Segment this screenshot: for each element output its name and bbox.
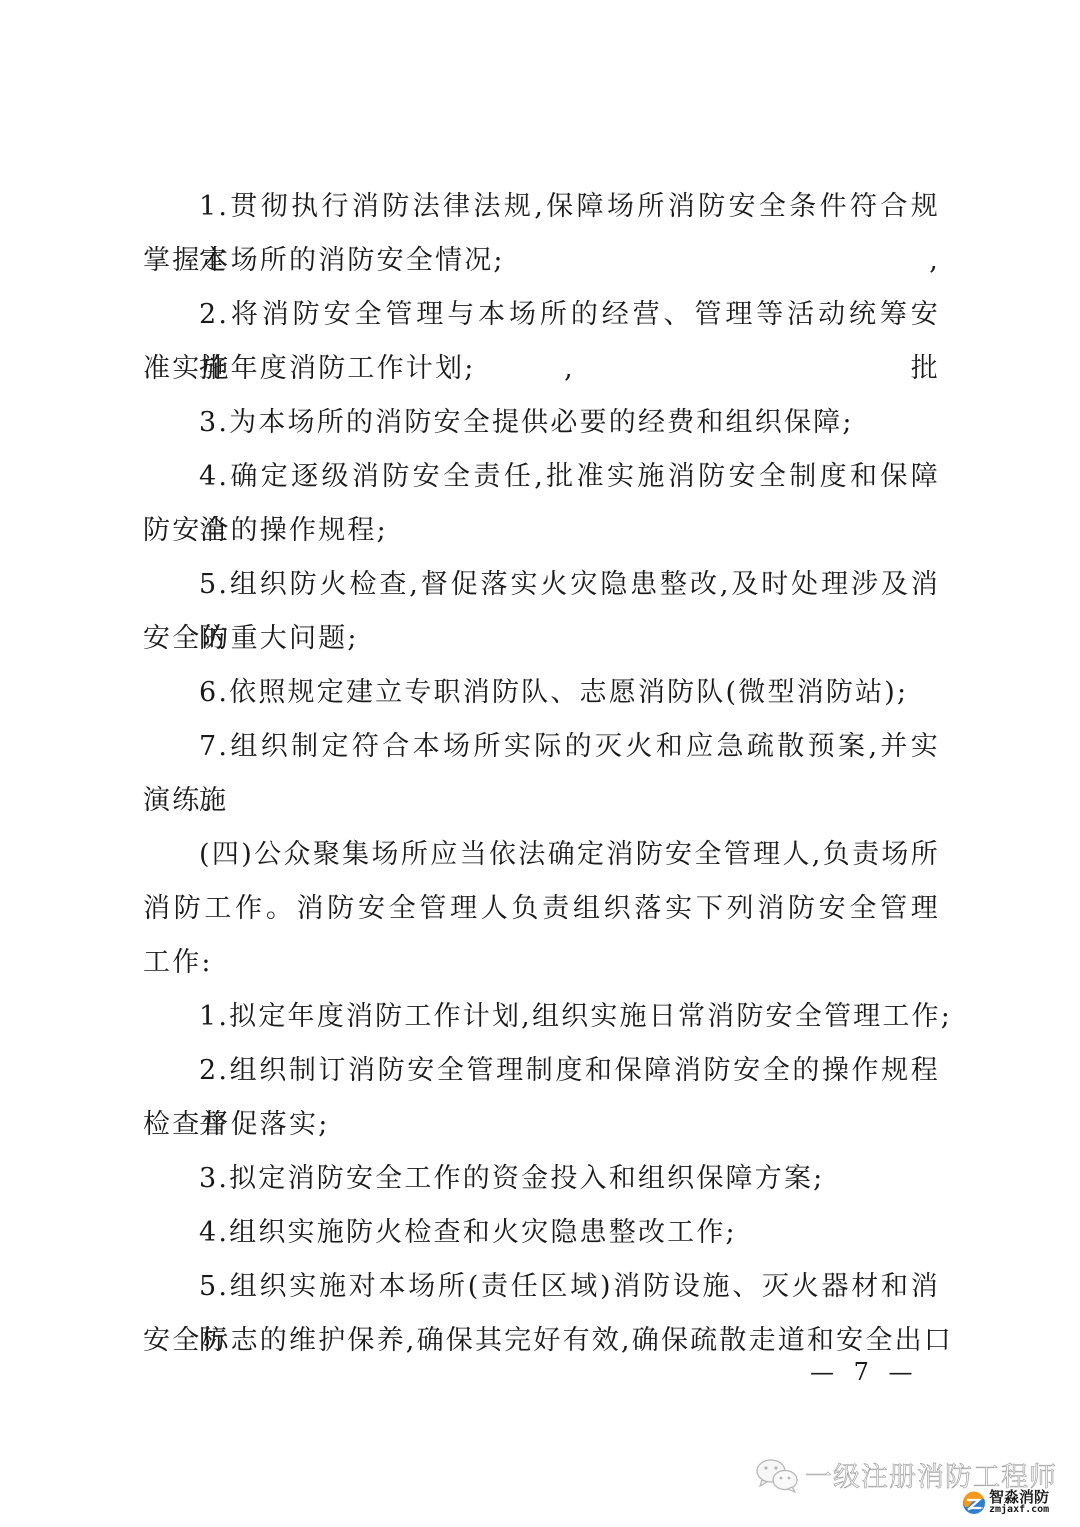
paragraph-leader-item-7: 7.组织制定符合本场所实际的灭火和应急疏散预案,并实施演练。: [143, 720, 940, 828]
wechat-icon: [755, 1457, 799, 1493]
paragraph-leader-item-4: 4.确定逐级消防安全责任,批准实施消防安全制度和保障消防安全的操作规程;: [143, 450, 940, 558]
paragraph-line: 7.组织制定符合本场所实际的灭火和应急疏散预案,并实施: [143, 720, 940, 774]
paragraph-manager-item-4: 4.组织实施防火检查和火灾隐患整改工作;: [143, 1206, 940, 1260]
paragraph-line: 消防工作。消防安全管理人负责组织落实下列消防安全管理: [143, 882, 940, 936]
paragraph-line: 演练。: [143, 774, 940, 828]
paragraph-manager-item-3: 3.拟定消防安全工作的资金投入和组织保障方案;: [143, 1152, 940, 1206]
document-page: 1.贯彻执行消防法律法规,保障场所消防安全条件符合规定,掌握本场所的消防安全情况…: [0, 0, 1080, 1527]
zmjaxf-logo-icon: [962, 1491, 986, 1515]
paragraph-manager-item-2: 2.组织制订消防安全管理制度和保障消防安全的操作规程并检查督促落实;: [143, 1044, 940, 1152]
logo-name: 智淼消防: [989, 1490, 1049, 1505]
paragraph-leader-item-6: 6.依照规定建立专职消防队、志愿消防队(微型消防站);: [143, 666, 940, 720]
paragraph-manager-item-5: 5.组织实施对本场所(责任区域)消防设施、灭火器材和消防安全标志的维护保养,确保…: [143, 1260, 940, 1368]
paragraph-line: (四)公众聚集场所应当依法确定消防安全管理人,负责场所: [143, 828, 940, 882]
paragraph-section-4-intro: (四)公众聚集场所应当依法确定消防安全管理人,负责场所消防工作。消防安全管理人负…: [143, 828, 940, 990]
paragraph-manager-item-1: 1.拟定年度消防工作计划,组织实施日常消防安全管理工作;: [143, 990, 940, 1044]
paragraph-line: 6.依照规定建立专职消防队、志愿消防队(微型消防站);: [143, 666, 940, 720]
document-body: 1.贯彻执行消防法律法规,保障场所消防安全条件符合规定,掌握本场所的消防安全情况…: [143, 180, 940, 1368]
paragraph-line: 3.拟定消防安全工作的资金投入和组织保障方案;: [143, 1152, 940, 1206]
zmjaxf-logo[interactable]: 智淼消防 zmjaxf.com: [962, 1490, 1049, 1515]
paragraph-leader-item-3: 3.为本场所的消防安全提供必要的经费和组织保障;: [143, 396, 940, 450]
paragraph-line: 5.组织实施对本场所(责任区域)消防设施、灭火器材和消防: [143, 1260, 940, 1314]
paragraph-leader-item-5: 5.组织防火检查,督促落实火灾隐患整改,及时处理涉及消防安全的重大问题;: [143, 558, 940, 666]
paragraph-line: 5.组织防火检查,督促落实火灾隐患整改,及时处理涉及消防: [143, 558, 940, 612]
paragraph-line: 4.确定逐级消防安全责任,批准实施消防安全制度和保障消: [143, 450, 940, 504]
logo-url: zmjaxf.com: [989, 1505, 1049, 1515]
paragraph-line: 安全的重大问题;: [143, 612, 940, 666]
page-number: — 7 —: [810, 1358, 919, 1386]
paragraph-line: 2.将消防安全管理与本场所的经营、管理等活动统筹安排,批: [143, 288, 940, 342]
paragraph-line: 1.贯彻执行消防法律法规,保障场所消防安全条件符合规定,: [143, 180, 940, 234]
paragraph-line: 防安全的操作规程;: [143, 504, 940, 558]
paragraph-line: 检查督促落实;: [143, 1098, 940, 1152]
paragraph-line: 2.组织制订消防安全管理制度和保障消防安全的操作规程并: [143, 1044, 940, 1098]
paragraph-line: 3.为本场所的消防安全提供必要的经费和组织保障;: [143, 396, 940, 450]
paragraph-leader-item-1: 1.贯彻执行消防法律法规,保障场所消防安全条件符合规定,掌握本场所的消防安全情况…: [143, 180, 940, 288]
paragraph-line: 4.组织实施防火检查和火灾隐患整改工作;: [143, 1206, 940, 1260]
paragraph-line: 工作:: [143, 936, 940, 990]
paragraph-leader-item-2: 2.将消防安全管理与本场所的经营、管理等活动统筹安排,批准实施年度消防工作计划;: [143, 288, 940, 396]
paragraph-line: 1.拟定年度消防工作计划,组织实施日常消防安全管理工作;: [143, 990, 940, 1044]
